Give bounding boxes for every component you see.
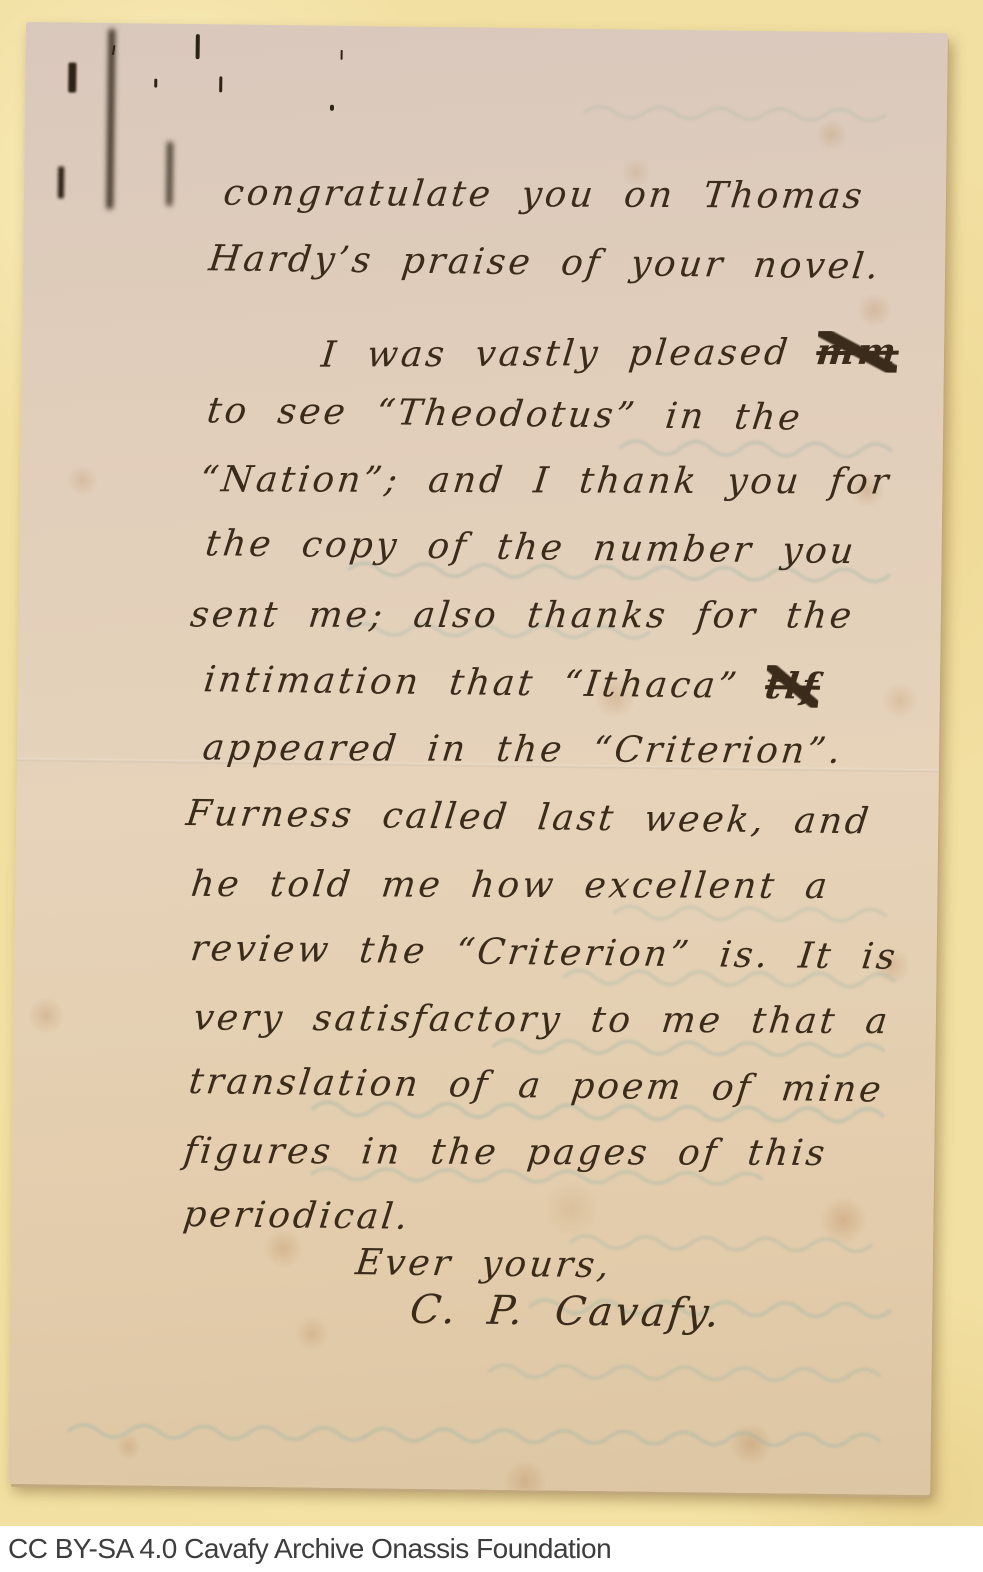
letter-line: the copy of the number you <box>203 523 858 572</box>
ink-smudge <box>58 166 64 198</box>
crossed-out-scribble: mm <box>814 331 901 373</box>
letter-line: intimation that “Ithaca”tlf <box>202 658 823 707</box>
letter-line: periodical. <box>181 1194 413 1238</box>
letter-line: appeared in the “Criterion”. <box>201 727 846 771</box>
letter-line: figures in the pages of this <box>182 1131 830 1174</box>
ink-smudge <box>68 63 76 93</box>
letter-line: translation of a poem of mine <box>187 1061 886 1110</box>
license-bar: CC BY-SA 4.0 Cavafy Archive Onassis Foun… <box>0 1526 983 1572</box>
letter-line: very satisfactory to me that a <box>191 998 892 1043</box>
ink-speck <box>196 34 200 59</box>
ink-speck <box>330 105 334 111</box>
letter-signature: C. P. Cavafy. <box>408 1287 725 1337</box>
letter-paper-sheet: congratulate you on Thomas Hardy’s prais… <box>8 22 948 1495</box>
letter-line: he told me how excellent a <box>189 864 832 907</box>
letter-line: to see “Theodotus” in the <box>205 390 805 438</box>
letter-line: Furness called last week, and <box>184 793 874 842</box>
pencil-streak <box>167 142 173 206</box>
scanned-letter-page: { "colors": { "background": "#f2e0a2", "… <box>0 0 983 1572</box>
license-text: CC BY-SA 4.0 Cavafy Archive Onassis Foun… <box>0 1533 611 1565</box>
letter-line: sent me; also thanks for the <box>188 595 856 637</box>
letter-line: I was vastly pleasedmm <box>319 331 900 376</box>
pencil-streak <box>107 29 115 209</box>
letter-line: “Nation”; and I thank you for <box>198 459 893 502</box>
ink-specks <box>26 22 948 33</box>
crossed-out-scribble: tlf <box>763 665 823 708</box>
ink-speck <box>341 50 343 60</box>
letter-line: review the “Criterion” is. It is <box>188 928 900 978</box>
letter-line: Hardy’s praise of your novel. <box>207 238 884 287</box>
letter-closing: Ever yours, <box>353 1242 614 1286</box>
ink-speck <box>219 76 222 92</box>
ink-speck <box>154 79 157 88</box>
letter-line: congratulate you on Thomas <box>221 173 866 217</box>
